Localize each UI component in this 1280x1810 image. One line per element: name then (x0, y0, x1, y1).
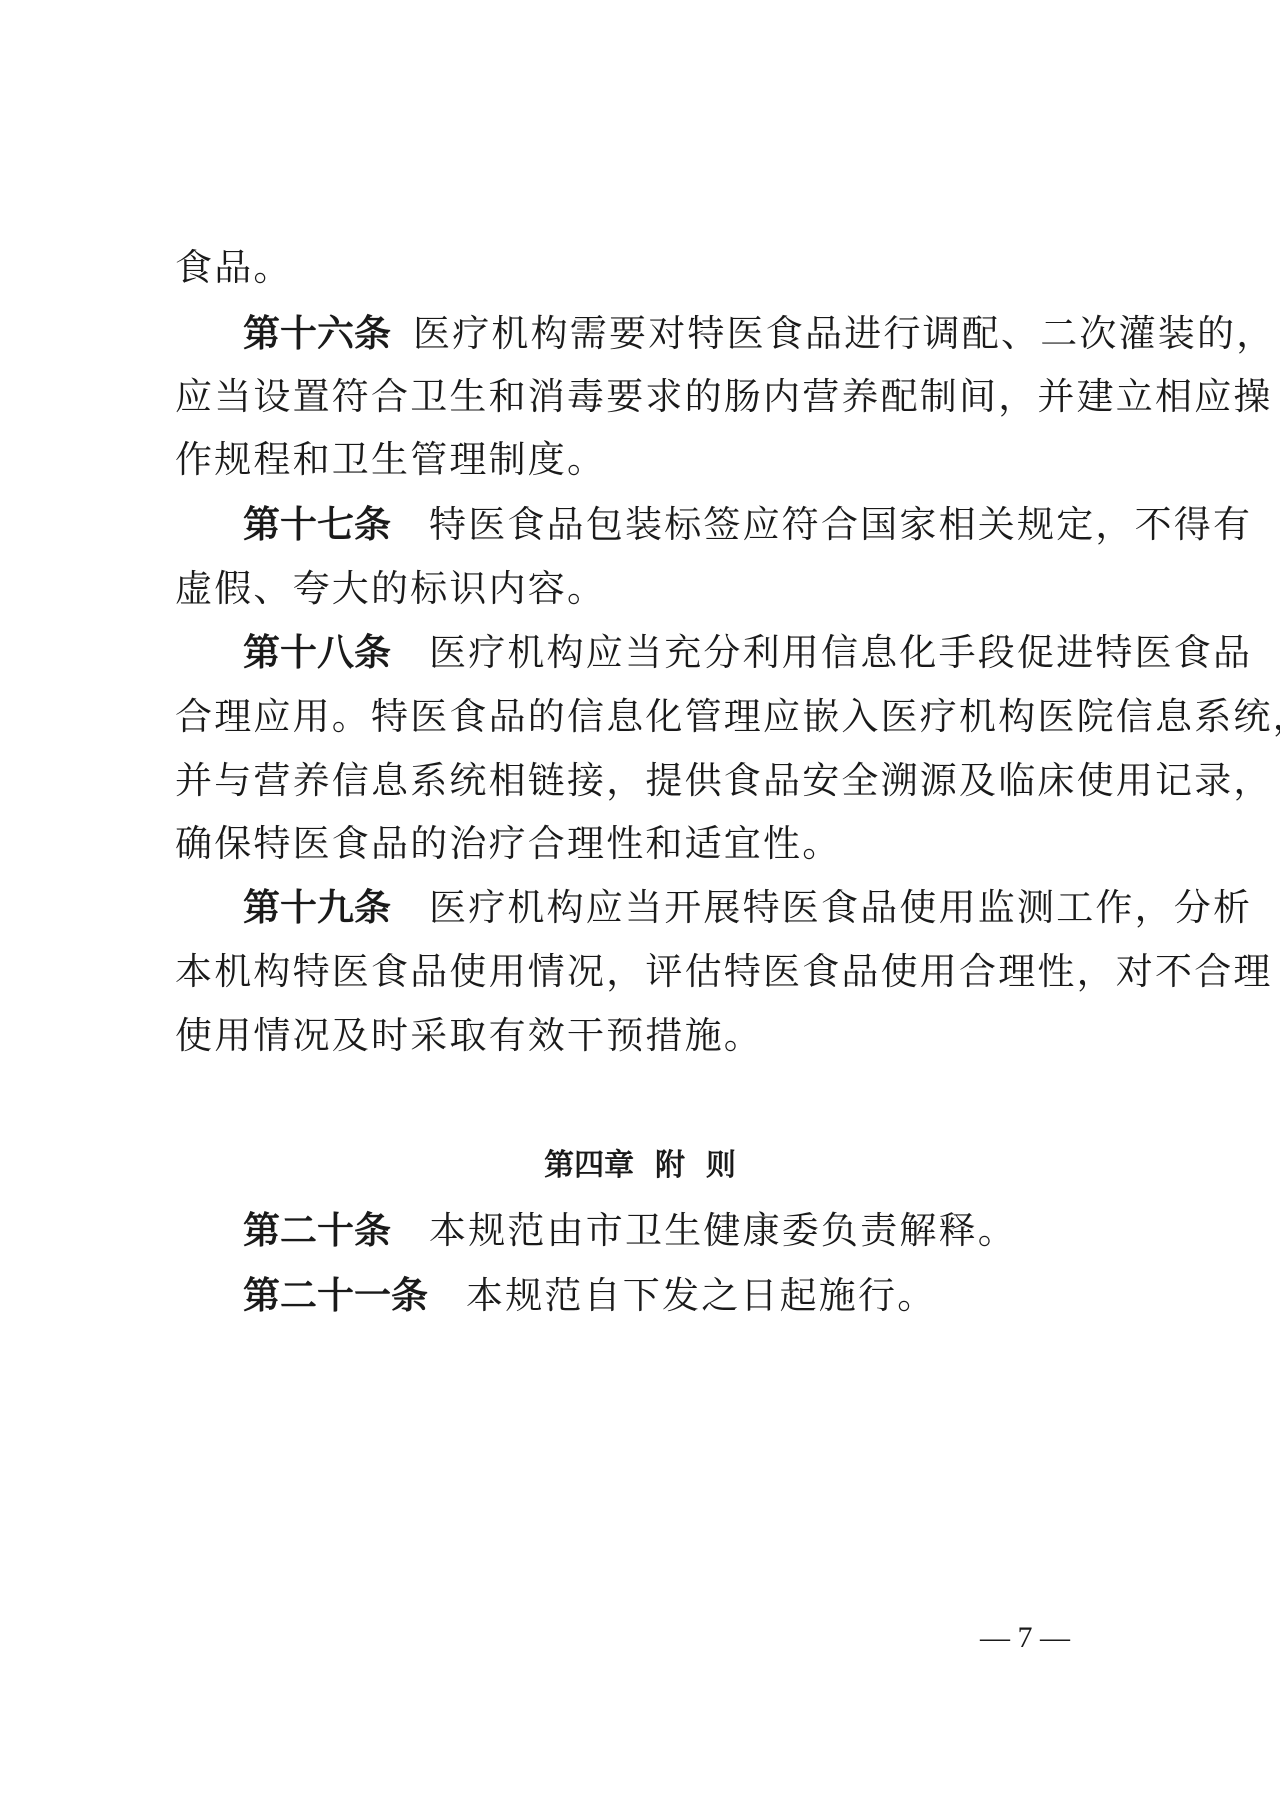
carryover-text: 食品。 (175, 246, 1135, 290)
article-19-line-2: 本机构特医食品使用情况，评估特医食品使用合理性，对不合理 (175, 950, 1135, 994)
article-16-line-2: 应当设置符合卫生和消毒要求的肠内营养配制间，并建立相应操 (175, 375, 1135, 419)
document-page: 食品。 第十六条医疗机构需要对特医食品进行调配、二次灌装的， 应当设置符合卫生和… (0, 0, 1280, 1810)
article-16-line-3: 作规程和卫生管理制度。 (175, 438, 1135, 482)
article-text: 本规范由市卫生健康委负责解释。 (429, 1209, 1017, 1252)
article-label: 第十九条 (243, 886, 391, 929)
article-18-line-4: 确保特医食品的治疗合理性和适宜性。 (175, 822, 1135, 866)
article-19-line-1: 第十九条医疗机构应当开展特医食品使用监测工作，分析 (243, 886, 1203, 930)
article-text: 医疗机构应当开展特医食品使用监测工作，分析 (429, 886, 1252, 929)
article-text: 医疗机构需要对特医食品进行调配、二次灌装的， (413, 312, 1275, 355)
article-20: 第二十条本规范由市卫生健康委负责解释。 (243, 1209, 1203, 1253)
article-label: 第十六条 (243, 312, 391, 355)
page-number: — 7 — (980, 1620, 1070, 1656)
article-19-line-3: 使用情况及时采取有效干预措施。 (175, 1014, 1135, 1058)
article-text: 医疗机构应当充分利用信息化手段促进特医食品 (429, 631, 1252, 674)
article-label: 第二十一条 (243, 1274, 428, 1317)
article-text: 特医食品包装标签应符合国家相关规定，不得有 (429, 503, 1252, 546)
article-label: 第十八条 (243, 631, 391, 674)
article-label: 第二十条 (243, 1209, 391, 1252)
article-text: 本规范自下发之日起施行。 (466, 1274, 936, 1317)
article-18-line-2: 合理应用。特医食品的信息化管理应嵌入医疗机构医院信息系统， (175, 695, 1135, 739)
article-label: 第十七条 (243, 503, 391, 546)
article-21: 第二十一条本规范自下发之日起施行。 (243, 1274, 1203, 1318)
article-17-line-2: 虚假、夸大的标识内容。 (175, 567, 1135, 611)
chapter-heading: 第四章 附 则 (0, 1146, 1280, 1186)
article-16-line-1: 第十六条医疗机构需要对特医食品进行调配、二次灌装的， (243, 312, 1203, 356)
article-18-line-1: 第十八条医疗机构应当充分利用信息化手段促进特医食品 (243, 631, 1203, 675)
article-18-line-3: 并与营养信息系统相链接，提供食品安全溯源及临床使用记录， (175, 759, 1135, 803)
article-17-line-1: 第十七条特医食品包装标签应符合国家相关规定，不得有 (243, 503, 1203, 547)
